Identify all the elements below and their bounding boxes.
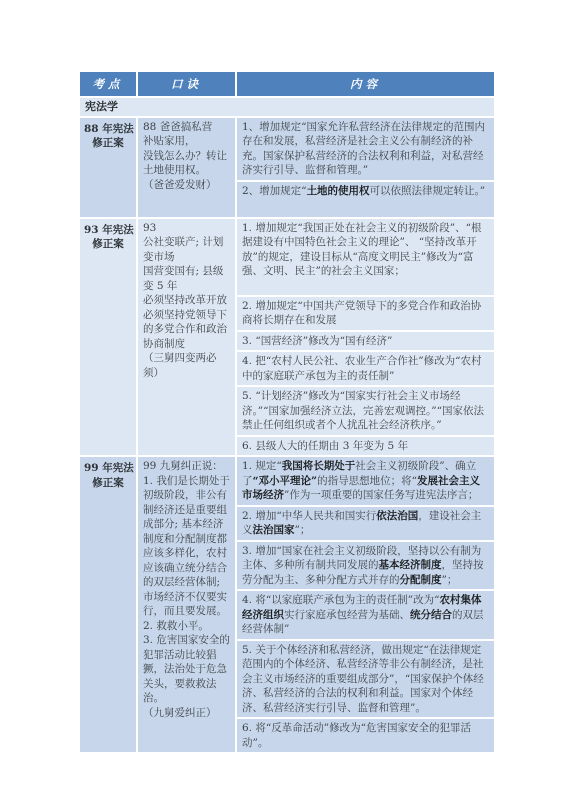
content-item-cell: 1. 规定“我国将长期处于社会主义初级阶段”、确立了“邓小平理论”的指导思想地位… (237, 457, 494, 505)
content-text: 1. 增加规定“我国正处在社会主义的初级阶段”、“根据建设有中国特色社会主义的理… (242, 222, 481, 278)
content-text: 4. 将“以家庭联产承包为主的责任制”改为“ (242, 594, 439, 606)
table-row: 88 年宪法修正案88 爸爸搞私营补贴家用，没钱怎么办？转让土地使用权。（爸爸爱… (80, 118, 494, 180)
mnemonic-cell: 99 九舅纠正说：1. 我们是长期处于初级阶段，非公有制经济还是重要组成部分; … (138, 457, 235, 752)
topic-cell: 93 年宪法修正案 (80, 219, 136, 456)
section-row: 宪法学 (80, 98, 494, 116)
content-text: ”作为一项重要的国家任务写进宪法序言； (284, 489, 478, 501)
content-text: 2、增加规定“ (242, 185, 307, 197)
highlighted-term: 统分结合 (410, 609, 452, 621)
content-item-cell: 5. “计划经济”修改为“国家实行社会主义市场经济。”“国家加强经济立法，完善宏… (237, 387, 494, 435)
highlighted-term: 我国将长期处于 (282, 460, 356, 472)
content-item-cell: 6. 将“反革命活动”修改为“危害国家安全的犯罪活动”。 (237, 719, 494, 752)
content-text: 的指导思想地位；将“ (317, 475, 417, 487)
content-item-cell: 4. 将“以家庭联产承包为主的责任制”改为“农村集体经济组织实行家庭承包经营为基… (237, 591, 494, 639)
content-text: 可以依照法律规定转让。” (370, 185, 486, 197)
content-text: 1. 规定“ (242, 460, 282, 472)
content-text: 6. 县级人大的任期由 3 年变为 5 年 (242, 440, 408, 452)
col-header-mnemonic: 口诀 (138, 72, 235, 96)
content-item-cell: 2. 增加“中华人民共和国实行依法治国，建设社会主义法治国家”； (237, 507, 494, 540)
content-text: 5. 关于个体经济和私营经济，做出规定“在法律规定范围内的个体经济、私营经济等非… (242, 644, 484, 714)
content-text: 6. 将“反革命活动”修改为“危害国家安全的犯罪活动”。 (242, 722, 471, 749)
mnemonic-cell: 93公社变联产; 计划变市场国营变国有; 县级变 5 年必须坚持改革开放必须坚持… (138, 219, 235, 456)
content-item-cell: 6. 县级人大的任期由 3 年变为 5 年 (237, 437, 494, 456)
content-item-cell: 2. 增加规定“中国共产党领导下的多党合作和政治协商将长期存在和发展 (237, 297, 494, 330)
content-item-cell: 5. 关于个体经济和私营经济，做出规定“在法律规定范围内的个体经济、私营经济等非… (237, 641, 494, 718)
section-title: 宪法学 (80, 98, 494, 116)
content-text: ”； (442, 574, 458, 586)
content-item-cell: 1、增加规定“国家允许私营经济在法律规定的范围内存在和发展，私营经济是社会主义公… (237, 118, 494, 180)
content-text: 5. “计划经济”修改为“国家实行社会主义市场经济。”“国家加强经济立法，完善宏… (242, 390, 484, 431)
document-page: 考点 口诀 内容 宪法学 88 年宪法修正案88 爸爸搞私营补贴家用，没钱怎么办… (0, 0, 566, 800)
table-body: 宪法学 88 年宪法修正案88 爸爸搞私营补贴家用，没钱怎么办？转让土地使用权。… (80, 98, 494, 752)
table-header-row: 考点 口诀 内容 (80, 72, 494, 96)
highlighted-term: 基本经济制度 (379, 559, 442, 571)
content-text: 2. 增加“中华人民共和国实行 (242, 510, 376, 522)
content-text: 3. “国营经济”修改为“国有经济” (242, 335, 392, 347)
content-text: 实行家庭承包经营为基础、 (284, 609, 410, 621)
content-item-cell: 2、增加规定“土地的使用权可以依照法律规定转让。” (237, 182, 494, 217)
content-text: ”； (295, 524, 311, 536)
highlighted-term: 依法治国 (376, 510, 418, 522)
content-item-cell: 3. 增加“国家在社会主义初级阶段，坚持以公有制为主体、多种所有制共同发展的基本… (237, 542, 494, 590)
content-item-cell: 4. 把“农村人民公社、农业生产合作社”修改为“农村中的家庭联产承包为主的责任制… (237, 352, 494, 385)
content-text: 1、增加规定“国家允许私营经济在法律规定的范围内存在和发展，私营经济是社会主义公… (242, 121, 485, 177)
topic-cell: 88 年宪法修正案 (80, 118, 136, 217)
constitution-amendments-table: 考点 口诀 内容 宪法学 88 年宪法修正案88 爸爸搞私营补贴家用，没钱怎么办… (78, 70, 496, 754)
content-item-cell: 1. 增加规定“我国正处在社会主义的初级阶段”、“根据建设有中国特色社会主义的理… (237, 219, 494, 295)
table-row: 93 年宪法修正案93公社变联产; 计划变市场国营变国有; 县级变 5 年必须坚… (80, 219, 494, 295)
table-row: 99 年宪法修正案99 九舅纠正说：1. 我们是长期处于初级阶段，非公有制经济还… (80, 457, 494, 505)
mnemonic-cell: 88 爸爸搞私营补贴家用，没钱怎么办？转让土地使用权。（爸爸爱发财） (138, 118, 235, 217)
highlighted-term: “邓小平理论” (253, 475, 318, 487)
highlighted-term: 分配制度 (400, 574, 442, 586)
highlighted-term: 法治国家 (253, 524, 295, 536)
col-header-topic: 考点 (80, 72, 136, 96)
content-text: 4. 把“农村人民公社、农业生产合作社”修改为“农村中的家庭联产承包为主的责任制… (242, 355, 481, 382)
topic-cell: 99 年宪法修正案 (80, 457, 136, 752)
content-text: 2. 增加规定“中国共产党领导下的多党合作和政治协商将长期存在和发展 (242, 300, 481, 327)
highlighted-term: 土地的使用权 (307, 185, 370, 197)
content-item-cell: 3. “国营经济”修改为“国有经济” (237, 332, 494, 351)
col-header-content: 内容 (237, 72, 494, 96)
